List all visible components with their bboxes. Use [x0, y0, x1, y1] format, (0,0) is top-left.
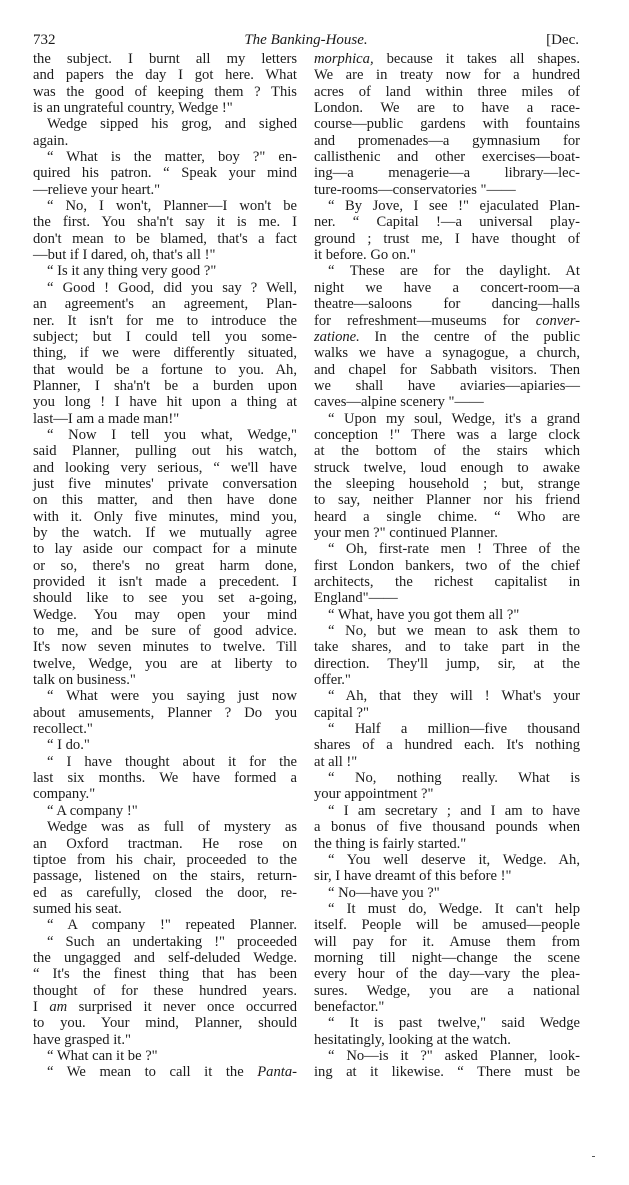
text-line: don't mean to be blamed, that's a fact — [33, 231, 297, 247]
text-line: “ By Jove, I see !" ejaculated Plan- — [314, 198, 580, 214]
text-line: zatione. In the centre of the public — [314, 329, 580, 345]
text-line: on this matter, and then have done — [33, 492, 297, 508]
text-line: every hour of the day—vary the plea- — [314, 966, 580, 982]
italic-text: Panta- — [257, 1064, 297, 1080]
text-line: It's now seven minutes to twelve. Till — [33, 639, 297, 655]
text-line: said Planner, pulling out his watch, — [33, 443, 297, 459]
text-line: conception !" There was a large clock — [314, 427, 580, 443]
text-line: ed as carefully, closed the door, re- — [33, 885, 297, 901]
text-line: morphica, because it takes all shapes. — [314, 51, 580, 67]
text-line: ing at it likewise. “ There must be — [314, 1064, 580, 1080]
text-line: theatre—saloons for dancing—halls — [314, 296, 580, 312]
text-line: “ No—is it ?" asked Planner, look- — [314, 1048, 580, 1064]
text-line: capital ?" — [314, 705, 580, 721]
text-line: night we have a concert-room—a — [314, 280, 580, 296]
text-line: “ A company !" — [33, 803, 297, 819]
text-line: “ Is it any thing very good ?" — [33, 263, 297, 279]
text-line: “ It is past twelve," said Wedge — [314, 1015, 580, 1031]
text-line: the ungagged and self-deluded Wedge. — [33, 950, 297, 966]
text-line: talk on business." — [33, 672, 297, 688]
text-line: at the bottom of the stairs which — [314, 443, 580, 459]
text-line: at all !" — [314, 754, 580, 770]
text-line: the subject. I burnt all my letters — [33, 51, 297, 67]
italic-text: morphica, — [314, 51, 374, 67]
text-line: passage, listened on the stairs, return- — [33, 868, 297, 884]
text-line: shares of a hundred each. It's nothing — [314, 737, 580, 753]
text-line: a bonus of five thousand pounds when — [314, 819, 580, 835]
text-line: acres of land within three miles of — [314, 84, 580, 100]
text-line: “ I am secretary ; and I am to have — [314, 803, 580, 819]
text-line: subject; but I could tell you some- — [33, 329, 297, 345]
text-line: “ What can it be ?" — [33, 1048, 297, 1064]
date-mark: [Dec. — [546, 30, 579, 50]
text-line: company." — [33, 786, 297, 802]
text-line: Wedge. You may open your mind — [33, 607, 297, 623]
text-line: sir, I have dreamt of this before !" — [314, 868, 580, 884]
text-line: your appointment ?" — [314, 786, 580, 802]
right-text-column: morphica, because it takes all shapes.We… — [314, 51, 580, 1081]
text-line: sumed his seat. — [33, 901, 297, 917]
text-line: to me, and be sure of good advice. — [33, 623, 297, 639]
text-line: and papers the day I got here. What — [33, 67, 297, 83]
text-line: “ No, but we mean to ask them to — [314, 623, 580, 639]
text-line: England"—— — [314, 590, 580, 606]
text-line: “ No, nothing really. What is — [314, 770, 580, 786]
text-line: that would be a fortune to you. Ah, — [33, 362, 297, 378]
text-line: provided it isn't made a precedent. I — [33, 574, 297, 590]
text-line: callisthenic and other exercises—boat- — [314, 149, 580, 165]
text-line: the sleeping household ; but, strange — [314, 476, 580, 492]
text-line: ture-rooms—conservatories "—— — [314, 182, 580, 198]
text-line: “ Half a million—five thousand — [314, 721, 580, 737]
text-line: we shall have aviaries—apiaries— — [314, 378, 580, 394]
text-line: thing, if we were differently situated, — [33, 345, 297, 361]
text-line: Planner, I sha'n't be a burden upon — [33, 378, 297, 394]
text-line: “ Now I tell you what, Wedge," — [33, 427, 297, 443]
text-line: heard a single chime. “ Who are — [314, 509, 580, 525]
text-line: to lay aside our compact for a minute — [33, 541, 297, 557]
text-line: “ You well deserve it, Wedge. Ah, — [314, 852, 580, 868]
italic-text: zatione. — [314, 329, 360, 345]
text-line: should like to see you set a-going, — [33, 590, 297, 606]
text-line: “ It must do, Wedge. It can't help — [314, 901, 580, 917]
text-line: ground ; trust me, I have thought of — [314, 231, 580, 247]
text-line: by the watch. If we mutually agree — [33, 525, 297, 541]
text-line: caves—alpine scenery "—— — [314, 394, 580, 410]
text-line: “ Such an undertaking !" proceeded — [33, 934, 297, 950]
text-line: struck twelve, loud enough to awake — [314, 460, 580, 476]
text-line: offer." — [314, 672, 580, 688]
text-line: recollect." — [33, 721, 297, 737]
text-line: “ I have thought about it for the — [33, 754, 297, 770]
text-line: morning till night—change the scene — [314, 950, 580, 966]
text-line: “ What were you saying just now — [33, 688, 297, 704]
text-line: and looking very serious, “ we'll have — [33, 460, 297, 476]
text-line: Wedge was as full of mystery as — [33, 819, 297, 835]
text-line: “ Oh, first-rate men ! Three of the — [314, 541, 580, 557]
text-line: take shares, and to take part in the — [314, 639, 580, 655]
text-line: to you. Your mind, Planner, should — [33, 1015, 297, 1031]
text-line: walks we have a synagogue, a church, — [314, 345, 580, 361]
text-line: “ Ah, that they will ! What's your — [314, 688, 580, 704]
text-line: ner. “ Capital !—a universal play- — [314, 214, 580, 230]
text-line: is an ungrateful country, Wedge !" — [33, 100, 297, 116]
text-line: “ We mean to call it the Panta- — [33, 1064, 297, 1080]
text-line: thought of for these hundred years. — [33, 983, 297, 999]
text-line: have grasped it." — [33, 1032, 297, 1048]
text-line: “ I do." — [33, 737, 297, 753]
text-line: architects, the richest capitalist in — [314, 574, 580, 590]
text-line: and chapel for Sabbath visitors. Then — [314, 362, 580, 378]
text-line: will pay for it. Amuse them from — [314, 934, 580, 950]
text-line: first London bankers, two of the chief — [314, 558, 580, 574]
text-line: twelve, Wedge, you are at liberty to — [33, 656, 297, 672]
text-line: last—I am a made man!" — [33, 411, 297, 427]
text-line: with it. Only five minutes, mind you, — [33, 509, 297, 525]
text-line: last six months. We have formed a — [33, 770, 297, 786]
text-line: ing—a menagerie—a library—lec- — [314, 165, 580, 181]
text-line: —relieve your heart." — [33, 182, 297, 198]
text-line: “ What is the matter, boy ?" en- — [33, 149, 297, 165]
text-line: you long ! I have hit upon a thing at — [33, 394, 297, 410]
running-title: The Banking-House. — [33, 30, 579, 50]
text-line: benefactor." — [314, 999, 580, 1015]
text-line: “ No, I won't, Planner—I won't be — [33, 198, 297, 214]
left-text-column: the subject. I burnt all my lettersand p… — [33, 51, 297, 1081]
italic-text: am — [49, 999, 67, 1015]
text-line: —but if I dared, oh, that's all !" — [33, 247, 297, 263]
text-line: an Oxford tractman. He rose on — [33, 836, 297, 852]
text-line: your men ?" continued Planner. — [314, 525, 580, 541]
text-line: I am surprised it never once occurred — [33, 999, 297, 1015]
italic-text: conver- — [536, 313, 580, 329]
text-line: “ Good ! Good, did you say ? Well, — [33, 280, 297, 296]
text-line: hesitatingly, looking at the watch. — [314, 1032, 580, 1048]
text-line: “ What, have you got them all ?" — [314, 607, 580, 623]
running-header: 732 The Banking-House. [Dec. — [33, 30, 579, 50]
text-line: itself. People will be amused—people — [314, 917, 580, 933]
scan-speck — [592, 1156, 595, 1157]
text-line: about amusements, Planner ? Do you — [33, 705, 297, 721]
text-line: Wedge sipped his grog, and sighed — [33, 116, 297, 132]
text-line: ner. It isn't for me to introduce the — [33, 313, 297, 329]
text-line: quired his patron. “ Speak your mind — [33, 165, 297, 181]
text-line: “ No—have you ?" — [314, 885, 580, 901]
text-line: “ Upon my soul, Wedge, it's a grand — [314, 411, 580, 427]
text-line: tiptoe from his chair, proceeded to the — [33, 852, 297, 868]
text-line: “ These are for the daylight. At — [314, 263, 580, 279]
text-line: was the good of keeping them ? This — [33, 84, 297, 100]
text-line: “ It's the finest thing that has been — [33, 966, 297, 982]
text-line: We are in treaty now for a hundred — [314, 67, 580, 83]
text-line: just five minutes' private conversation — [33, 476, 297, 492]
text-line: an agreement's an agreement, Plan- — [33, 296, 297, 312]
text-line: London. We are to have a race- — [314, 100, 580, 116]
text-line: for refreshment—museums for conver- — [314, 313, 580, 329]
text-line: and promenades—a gymnasium for — [314, 133, 580, 149]
text-line: direction. They'll jump, sir, at the — [314, 656, 580, 672]
text-line: or so, there's no great harm done, — [33, 558, 297, 574]
text-line: sures. Wedge, you are a national — [314, 983, 580, 999]
text-line: to say, neither Planner nor his friend — [314, 492, 580, 508]
text-line: course—public gardens with fountains — [314, 116, 580, 132]
text-line: “ A company !" repeated Planner. — [33, 917, 297, 933]
text-line: the thing is fairly started." — [314, 836, 580, 852]
text-line: it before. Go on." — [314, 247, 580, 263]
text-line: again. — [33, 133, 297, 149]
text-line: the first. You sha'n't say it is me. I — [33, 214, 297, 230]
